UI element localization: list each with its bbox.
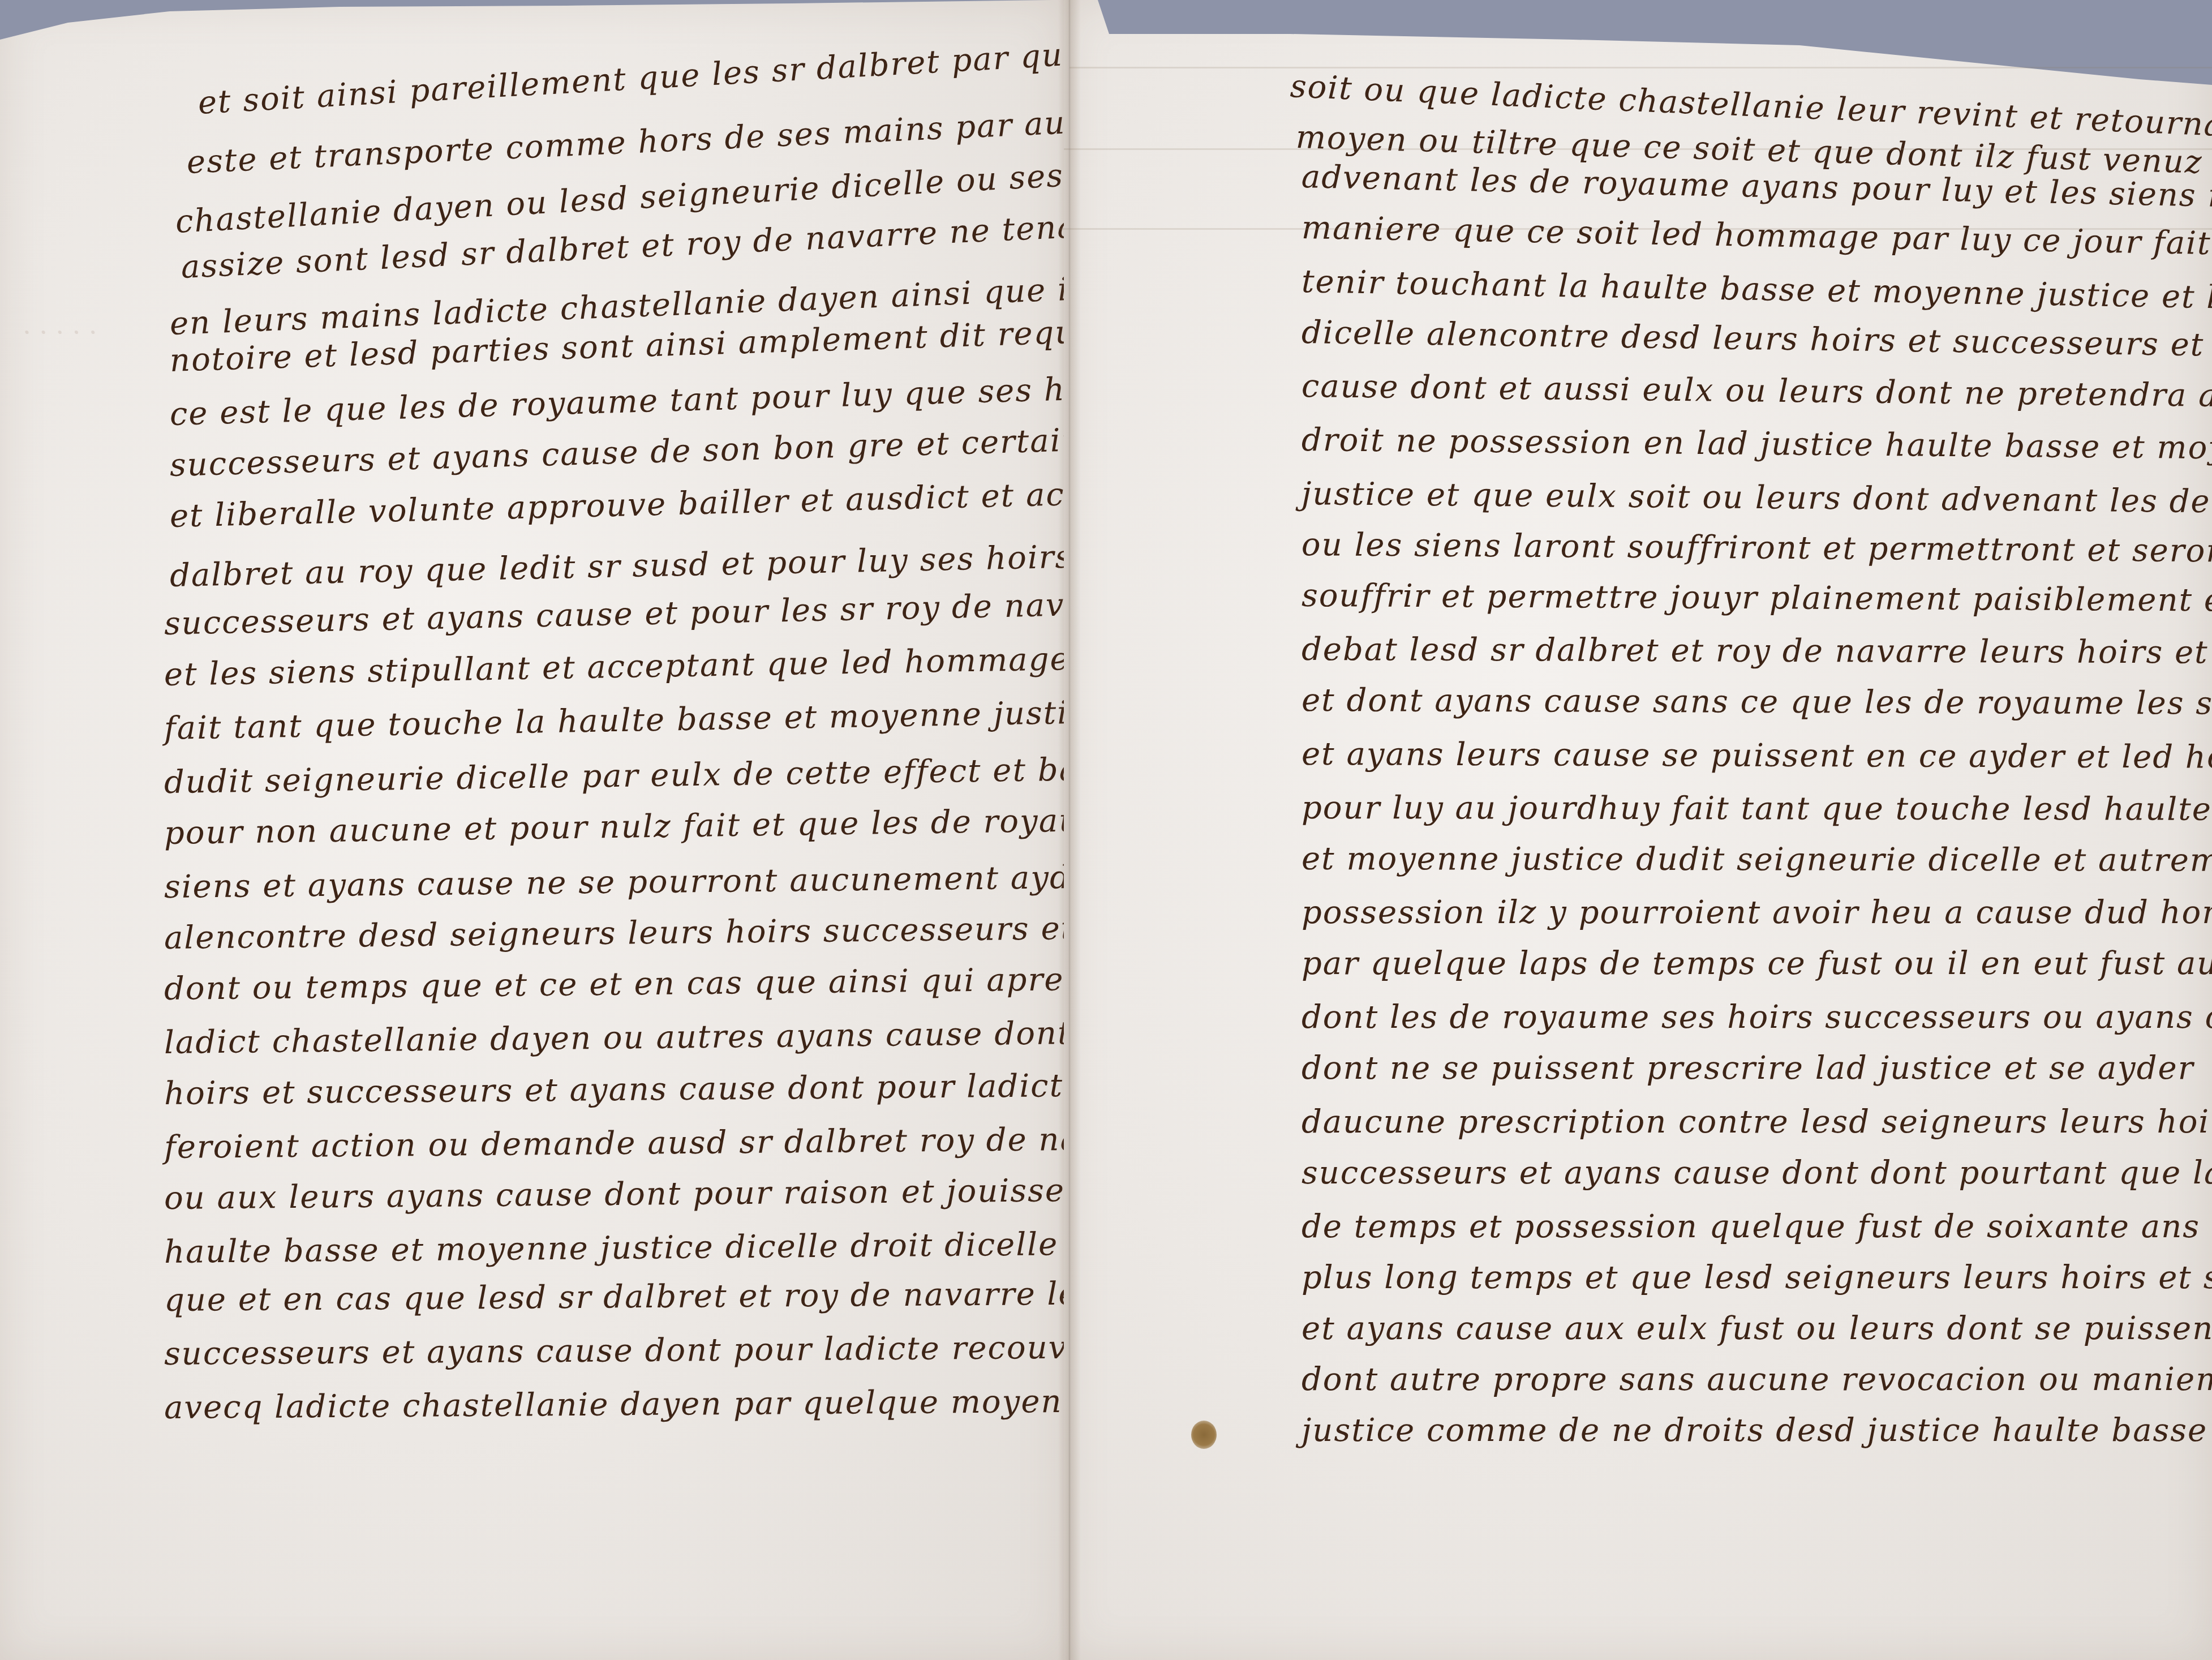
fold-crease [1064,148,2212,150]
text-line: souffrir et permettre jouyr plainement p… [1302,577,2212,619]
text-line: debat lesd sr dalbret et roy de navarre … [1302,631,2212,672]
text-line: justice et que eulx soit ou leurs dont a… [1302,475,2212,521]
text-line: dalbret au roy que ledit sr susd et pour… [169,539,1073,594]
text-line: et ayans cause aux eulx fust ou leurs do… [1302,1310,2212,1347]
fold-crease [1070,67,2212,68]
book-gutter [1058,0,1081,1660]
text-line: dont ne se puissent prescrire lad justic… [1302,1050,2194,1087]
text-line: ou les siens laront souffriront et perme… [1302,526,2212,571]
text-line: successeurs et ayans cause dont pour lad… [164,1328,1207,1372]
text-line: cause dont et aussi eulx ou leurs dont n… [1302,368,2212,415]
text-line: dudit seigneurie dicelle par eulx de cet… [164,750,1152,801]
text-line: dont autre propre sans aucune revocacion… [1302,1361,2212,1398]
text-line: successeurs et ayans cause dont dont pou… [1302,1155,2212,1191]
text-line: droit ne possession en lad justice hault… [1302,422,2212,467]
text-line: et dont ayans cause sans ce que les de r… [1302,682,2212,722]
text-line: fait tant que touche la haulte basse et … [164,694,1107,747]
text-line: et moyenne justice dudit seigneurie dice… [1302,840,2212,879]
bleed-through-text: · · · · · [23,317,97,348]
left-page: · · · · · et soit ainsi pareillement que… [0,0,1064,1660]
text-line: possession ilz y pourroient avoir heu a … [1302,894,2212,931]
text-line: haulte basse et moyenne justice dicelle … [164,1225,1202,1271]
text-line: plus long temps et que lesd seigneurs le… [1302,1259,2212,1296]
manuscript-spread: · · · · · et soit ainsi pareillement que… [0,0,2212,1660]
text-line: pour luy au jourdhuy fait tant que touch… [1302,790,2212,828]
text-line: successeurs et ayans cause et pour les s… [164,585,1137,642]
text-line: par quelque laps de temps ce fust ou il … [1302,945,2212,982]
right-page: soit ou que ladicte chastellanie leur re… [1064,0,2212,1660]
text-line: justice comme de ne droits desd justice … [1302,1412,2212,1449]
fold-crease [1058,228,2212,230]
text-line: et ayans leurs cause se puissent en ce a… [1302,736,2212,776]
text-line: hoirs et successeurs et ayans cause dont… [164,1067,1084,1112]
text-line: dont les de royaume ses hoirs successeur… [1302,999,2212,1036]
text-line: et les siens stipullant et acceptant que… [164,638,1202,693]
text-line: dont ou temps que et ce et en cas que ai… [164,960,1204,1007]
text-line: feroient action ou demande ausd sr dalbr… [164,1120,1172,1166]
text-line: dicelle alencontre desd leurs hoirs et s… [1302,314,2212,365]
text-line: siens et ayans cause ne se pourront aucu… [164,859,1107,906]
text-line: daucune prescription contre lesd seigneu… [1302,1104,2212,1140]
text-line: de temps et possession quelque fust de s… [1302,1208,2212,1245]
text-line: maniere que ce soit led hommage par luy … [1301,209,2212,264]
text-line: tenir touchant la haulte basse et moyenn… [1301,263,2212,320]
ink-stain [1191,1421,1217,1449]
